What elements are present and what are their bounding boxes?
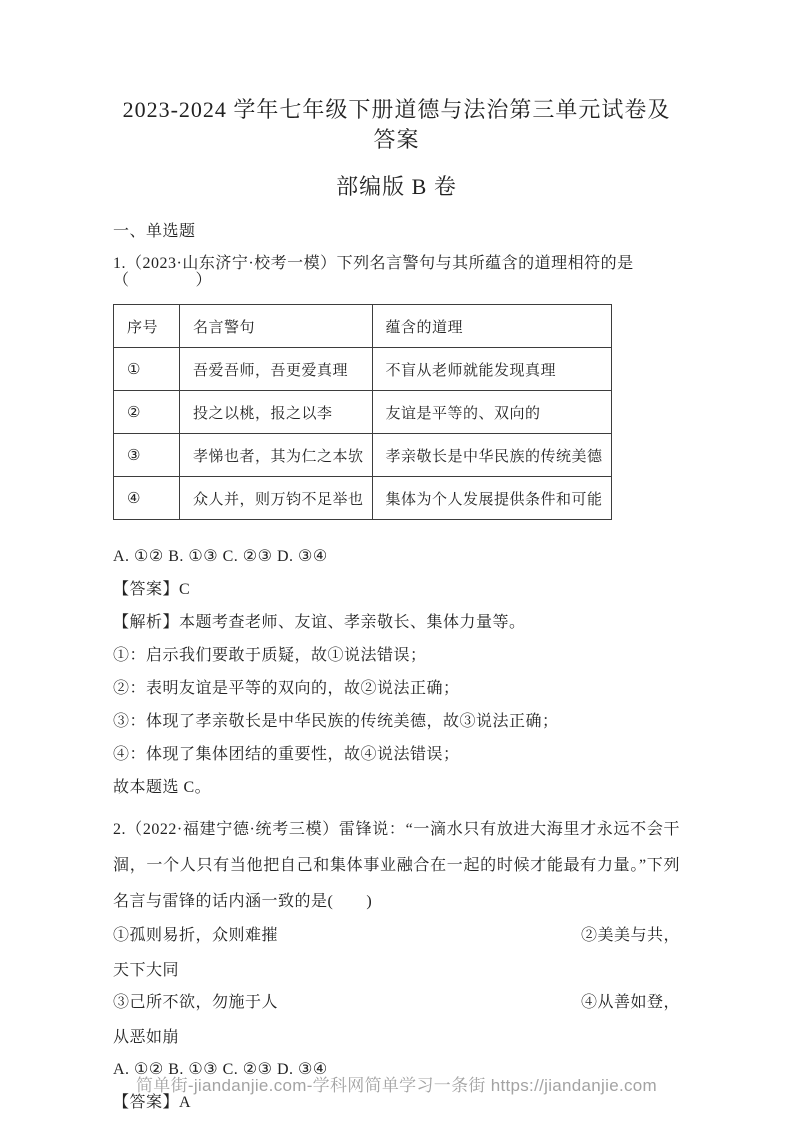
- table-cell: ③: [114, 434, 180, 477]
- document-title-line1: 2023-2024 学年七年级下册道德与法治第三单元试卷及答案: [113, 95, 680, 155]
- question-2-option-row: ③己所不欲，勿施于人 ④从善如登，: [113, 994, 680, 1011]
- table-cell: ④: [114, 477, 180, 520]
- table-cell: 集体为个人发展提供条件和可能: [372, 477, 611, 520]
- table-cell: 吾爱吾师，吾更爱真理: [180, 348, 373, 391]
- question-1-explanation: ①：启示我们要敢于质疑，故①说法错误；: [113, 647, 680, 664]
- question-2-option-3: ③己所不欲，勿施于人: [113, 994, 278, 1011]
- question-1-choices: A. ①② B. ①③ C. ②③ D. ③④: [113, 548, 680, 565]
- table-row: ③ 孝悌也者，其为仁之本欤 孝亲敬长是中华民族的传统美德: [114, 434, 612, 477]
- document-title-line2: 部编版 B 卷: [113, 172, 680, 202]
- question-2-option-4-continuation: 从恶如崩: [113, 1029, 680, 1046]
- question-1-explanation: ④：体现了集体团结的重要性，故④说法错误；: [113, 746, 680, 763]
- question-2-answer: 【答案】A: [113, 1094, 680, 1111]
- table-cell: ②: [114, 391, 180, 434]
- footer-watermark: 简单街-jiandanjie.com-学科网简单学习一条街 https://ji…: [0, 1071, 793, 1096]
- table-row: ② 投之以桃，报之以李 友谊是平等的、双向的: [114, 391, 612, 434]
- question-1-conclusion: 故本题选 C。: [113, 779, 680, 796]
- document-content: 2023-2024 学年七年级下册道德与法治第三单元试卷及答案 部编版 B 卷 …: [0, 0, 793, 1111]
- table-cell: 友谊是平等的、双向的: [372, 391, 611, 434]
- question-2-option-1: ①孤则易折，众则难摧: [113, 927, 278, 944]
- table-cell: 不盲从老师就能发现真理: [372, 348, 611, 391]
- table-row: ④ 众人并，则万钧不足举也 集体为个人发展提供条件和可能: [114, 477, 612, 520]
- section-heading: 一、单选题: [113, 223, 680, 240]
- table-cell: 孝亲敬长是中华民族的传统美德: [372, 434, 611, 477]
- question-2-option-row: ①孤则易折，众则难摧 ②美美与共，: [113, 927, 680, 944]
- table-cell: 孝悌也者，其为仁之本欤: [180, 434, 373, 477]
- question-1-explanation: ③：体现了孝亲敬长是中华民族的传统美德，故③说法正确；: [113, 713, 680, 730]
- table-row: ① 吾爱吾师，吾更爱真理 不盲从老师就能发现真理: [114, 348, 612, 391]
- table-header-cell: 名言警句: [180, 305, 373, 348]
- table-cell: 众人并，则万钧不足举也: [180, 477, 373, 520]
- question-2-option-2-continuation: 天下大同: [113, 962, 680, 979]
- question-2-stem: 2.（2022·福建宁德·统考三模）雷锋说：“一滴水只有放进大海里才永远不会干涸…: [113, 812, 680, 920]
- question-1-table: 序号 名言警句 蕴含的道理 ① 吾爱吾师，吾更爱真理 不盲从老师就能发现真理 ②…: [113, 304, 612, 520]
- table-cell: ①: [114, 348, 180, 391]
- table-cell: 投之以桃，报之以李: [180, 391, 373, 434]
- question-2-option-4: ④从善如登，: [581, 994, 680, 1011]
- table-header-cell: 蕴含的道理: [372, 305, 611, 348]
- question-1-answer: 【答案】C: [113, 581, 680, 598]
- exam-document-page: 2023-2024 学年七年级下册道德与法治第三单元试卷及答案 部编版 B 卷 …: [0, 0, 793, 1122]
- question-1-stem: 1.（2023·山东济宁·校考一模）下列名言警句与其所蕴含的道理相符的是（ ）: [113, 255, 680, 289]
- question-2-option-2: ②美美与共，: [581, 927, 680, 944]
- question-1-explanation: ②：表明友谊是平等的双向的，故②说法正确；: [113, 680, 680, 697]
- table-header-row: 序号 名言警句 蕴含的道理: [114, 305, 612, 348]
- table-header-cell: 序号: [114, 305, 180, 348]
- question-1-analysis: 【解析】本题考查老师、友谊、孝亲敬长、集体力量等。: [113, 614, 680, 631]
